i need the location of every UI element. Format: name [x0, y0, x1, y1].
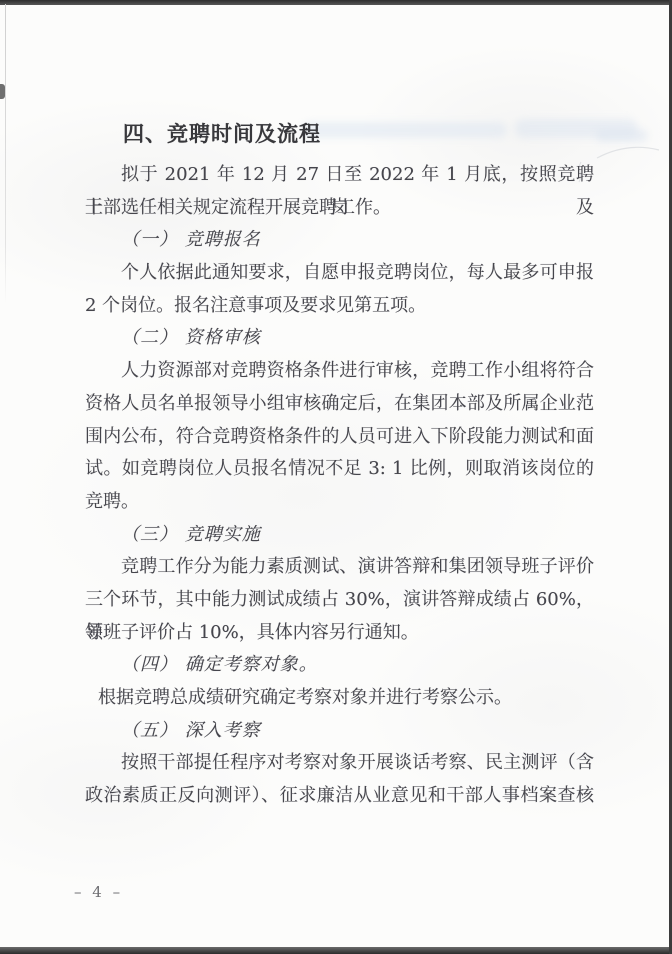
text-line: 三个环节，其中能力测试成绩占 30%，演讲答辩成绩占 60%，领 [85, 584, 594, 617]
subsection-heading: （二） 资格审核 [85, 322, 594, 355]
text-line: 人力资源部对竞聘资格条件进行审核，竞聘工作小组将符合 [85, 355, 594, 388]
page-number: – 4 – [74, 883, 123, 901]
text-line: 资格人员名单报领导小组审核确定后，在集团本部及所属企业范 [85, 388, 594, 421]
scan-edge-bottom [0, 947, 672, 954]
subsection-heading: （一） 竞聘报名 [85, 224, 594, 257]
scanned-page: 四、竞聘时间及流程 拟于 2021 年 12 月 27 日至 2022 年 1 … [0, 0, 672, 954]
text-line: 政治素质正反向测评）、征求廉洁从业意见和干部人事档案查核 [85, 780, 594, 813]
text-line: 竞聘。 [85, 486, 594, 519]
text-line: 个人依据此通知要求，自愿申报竞聘岗位，每人最多可申报 [85, 257, 594, 290]
scan-edge-left-notch [0, 84, 5, 99]
scan-edge-left-line [5, 4, 6, 304]
text-line: 按照干部提任程序对考察对象开展谈话考察、民主测评（含 [85, 747, 594, 780]
ink-bleedthrough-mark [596, 129, 648, 142]
text-line: 拟于 2021 年 12 月 27 日至 2022 年 1 月底，按照竞聘上岗及 [85, 159, 594, 192]
section-heading: 四、竞聘时间及流程 [85, 117, 594, 151]
subsection-heading: （五） 深入考察 [85, 715, 594, 748]
scan-edge-top [0, 0, 672, 5]
text-line: 围内公布，符合竞聘资格条件的人员可进入下阶段能力测试和面 [85, 421, 594, 454]
subsection-heading: （三） 竞聘实施 [85, 519, 594, 552]
document-body: 四、竞聘时间及流程 拟于 2021 年 12 月 27 日至 2022 年 1 … [85, 117, 594, 813]
subsection-heading: （四） 确定考察对象。 [85, 649, 594, 682]
text-line: 导班子评价占 10%，具体内容另行通知。 [85, 617, 594, 650]
text-line: 竞聘工作分为能力素质测试、演讲答辩和集团领导班子评价 [85, 551, 594, 584]
text-line: 试。如竞聘岗位人员报名情况不足 3: 1 比例，则取消该岗位的 [85, 453, 594, 486]
text-line: 2 个岗位。报名注意事项及要求见第五项。 [85, 290, 594, 323]
text-line: 根据竞聘总成绩研究确定考察对象并进行考察公示。 [85, 682, 594, 715]
